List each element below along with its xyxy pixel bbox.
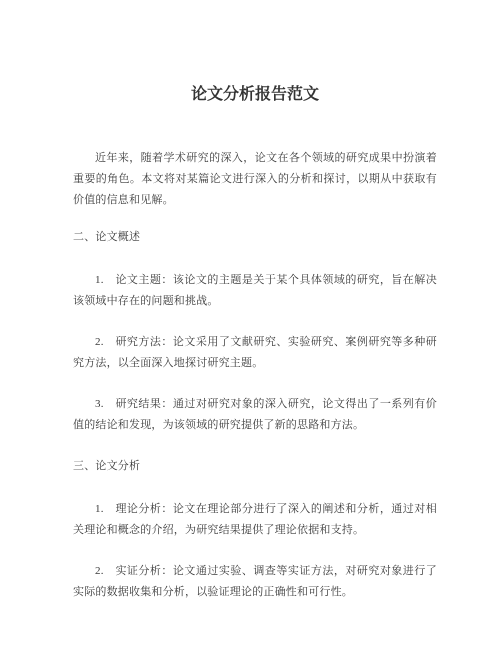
section-heading-overview: 二、论文概述 xyxy=(73,227,437,248)
document-page: 论文分析报告范文 近年来，随着学术研究的深入，论文在各个领域的研究成果中扮演着重… xyxy=(0,0,500,647)
intro-paragraph: 近年来，随着学术研究的深入，论文在各个领域的研究成果中扮演着重要的角色。本文将对… xyxy=(73,148,437,211)
list-item-results: 3. 研究结果：通过对研究对象的深入研究，论文得出了一系列有价值的结论和发现，为… xyxy=(73,394,437,436)
section-heading-analysis: 三、论文分析 xyxy=(73,456,437,477)
list-item-theoretical-analysis: 1. 理论分析：论文在理论部分进行了深入的阐述和分析，通过对相关理论和概念的介绍… xyxy=(73,499,437,541)
list-item-empirical-analysis: 2. 实证分析：论文通过实验、调查等实证方法，对研究对象进行了实际的数据收集和分… xyxy=(73,561,437,603)
list-item-topic: 1. 论文主题：该论文的主题是关于某个具体领域的研究，旨在解决该领域中存在的问题… xyxy=(73,270,437,312)
document-content: 论文分析报告范文 近年来，随着学术研究的深入，论文在各个领域的研究成果中扮演着重… xyxy=(0,0,500,603)
document-title: 论文分析报告范文 xyxy=(73,84,437,106)
list-item-methods: 2. 研究方法：论文采用了文献研究、实验研究、案例研究等多种研究方法，以全面深入… xyxy=(73,332,437,374)
